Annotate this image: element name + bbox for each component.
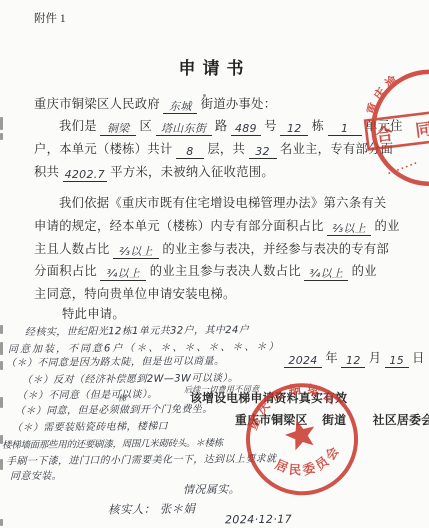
application-document: 附件 1 申请书 重庆市铜梁区人民政府 东城 街道办事处： 我们是 铜梁 区 塔… <box>0 0 429 528</box>
scan-artifact <box>0 325 3 334</box>
scan-artifact <box>0 342 3 355</box>
body2-line1: 我们依据《重庆市既有住宅增设电梯管理办法》第六条有关 <box>59 196 387 211</box>
blank-road-name: 塔山东街 <box>156 122 212 136</box>
text-segment: 平方米，未被纳入征收范围。 <box>110 165 274 179</box>
scan-artifact <box>0 133 3 140</box>
hand-note-10: 手刷一下漆，进门口的小门需要美化一下，达到以上要求就 <box>6 450 277 468</box>
scan-artifact <box>0 519 3 526</box>
salutation-line: 重庆市铜梁区人民政府 东城 街道办事处： <box>34 97 276 114</box>
blank-area-ratio-2: ¾以上 <box>100 267 146 281</box>
day-label: 日 <box>412 351 425 365</box>
committee-suffix: 社区居委会 <box>373 413 429 427</box>
text-segment: 分面积占比 <box>34 264 97 278</box>
blank-owner-count: 32 <box>249 145 277 159</box>
blank-day: 15 <box>385 354 409 368</box>
body1-line1: 我们是 铜梁 区 塔山东街 路 489 号 12 栋 1 单元住 <box>59 119 403 136</box>
body2-line5: 主同意，特向贵单位申请安装电梯。 <box>34 287 236 302</box>
text-segment: 主且人数占比 <box>34 242 110 256</box>
hand-note-5: （＊）不同意（但是可以谈）。 <box>17 385 158 401</box>
committee-street-label: 街道 <box>322 413 346 427</box>
blank-unit-number: 1 <box>328 122 362 136</box>
hand-note-3: （＊）不同意是因为路太陡，但是也可以商量。 <box>6 352 225 369</box>
body2-line3: 主且人数占比 ⅔以上 的业主参与表决，并经参与表决的专有部 <box>34 242 389 259</box>
body2-line2: 申请的规定，经本单元（楼栋）内专有部分面积占比 ⅔以上 的业 <box>34 219 400 236</box>
blank-owner-ratio-1: ⅔以上 <box>113 245 159 259</box>
verifier-line: 核实人： 张＊娟 <box>108 501 196 518</box>
scan-artifact <box>0 397 3 408</box>
month-label: 月 <box>369 351 382 365</box>
blank-year: 2024 <box>284 354 322 368</box>
attachment-label: 附件 1 <box>34 10 66 26</box>
hand-note-9: 楼梯墙面那些用的还要刷漆，周围几米砌砖头。＊楼栋 <box>2 435 223 451</box>
body1-line3: 积共 4202.7 平方米，未被纳入征收范围。 <box>34 165 274 182</box>
svg-text:居民委员会: 居民委员会 <box>270 439 348 486</box>
blank-building-number: 12 <box>280 122 308 136</box>
text-segment: 的业 <box>374 219 399 233</box>
text-segment: 单元住 <box>365 119 403 133</box>
closing-line: 特此申请。 <box>62 307 125 322</box>
hand-note-facts-confirmed: 情况属实。 <box>183 481 240 498</box>
scan-artifact <box>0 117 3 130</box>
hand-note-6: （＊）同意，但是必须做到开个门免费坐。 <box>15 400 213 417</box>
text-segment: 栋 <box>312 119 325 133</box>
text-segment: 路 <box>215 119 228 133</box>
committee-prefix: 重庆市铜梁区 <box>235 413 308 427</box>
hand-note-11: 同意安装。 <box>10 467 62 483</box>
body1-line2: 户，本单元（楼栋）共计 8 层，共 32 名业主，专有部分面 <box>34 142 393 159</box>
text-segment: 申请的规定，经本单元（楼栋）内专有部分面积占比 <box>34 219 324 233</box>
committee-stamp-bottom-text: 居民委员会 <box>270 439 348 486</box>
blank-street-office: 东城 <box>163 100 197 114</box>
text-segment: 的业主且参与表决人数占比 <box>150 264 301 278</box>
verify-date: 2024·12·17 <box>225 513 292 527</box>
scan-artifact <box>0 459 3 470</box>
body2-line4: 分面积占比 ¾以上 的业主且参与表决人数占比 ¾以上 的业 <box>34 264 377 281</box>
text-segment: 名业主，专有部分面 <box>280 142 393 156</box>
year-label: 年 <box>325 351 338 365</box>
contract-stamp-dots: ······· <box>386 157 421 180</box>
text-segment: 层，共 <box>207 142 245 156</box>
scan-artifact <box>0 361 3 370</box>
text-segment: 号 <box>264 119 277 133</box>
blank-total-area: 4202.7 <box>63 168 107 182</box>
salutation-prefix: 重庆市铜梁区人民政府 <box>34 97 160 111</box>
text-segment: 区 <box>140 119 153 133</box>
blank-district: 铜梁 <box>100 122 136 136</box>
verifier-signature: 张＊娟 <box>160 502 196 516</box>
committee-line: 重庆市铜梁区 街道 社区居委会 <box>235 413 429 428</box>
hand-note-1: 经核实，世纪阳光12栋1单元共32户，其中24户 <box>25 321 249 338</box>
blank-area-ratio-1: ⅔以上 <box>327 222 371 236</box>
text-segment: 积共 <box>34 165 59 179</box>
blank-month: 12 <box>341 354 365 368</box>
text-segment: 户，本单元（楼栋）共计 <box>34 142 173 156</box>
blank-floors: 8 <box>176 145 204 159</box>
text-segment: 的业主参与表决，并经参与表决的专有部 <box>162 242 389 256</box>
blank-owner-ratio-2: ¾以上 <box>304 267 348 281</box>
blank-street-number: 489 <box>231 122 261 136</box>
text-segment: 我们是 <box>59 119 97 133</box>
page-title: 申请书 <box>0 54 429 79</box>
hand-note-8: （＊）需要装贴瓷砖电梯，楼梯口 <box>12 417 168 434</box>
hand-note-7: 后续一切费用不同意 <box>184 384 260 396</box>
verifier-label: 核实人： <box>108 502 156 516</box>
text-segment: 的业 <box>352 264 377 278</box>
hand-note-6-insert: 梯 <box>118 393 127 404</box>
salutation-suffix: 街道办事处： <box>201 97 277 111</box>
date-line: 2024 年 12 月 15 日 <box>284 351 425 368</box>
